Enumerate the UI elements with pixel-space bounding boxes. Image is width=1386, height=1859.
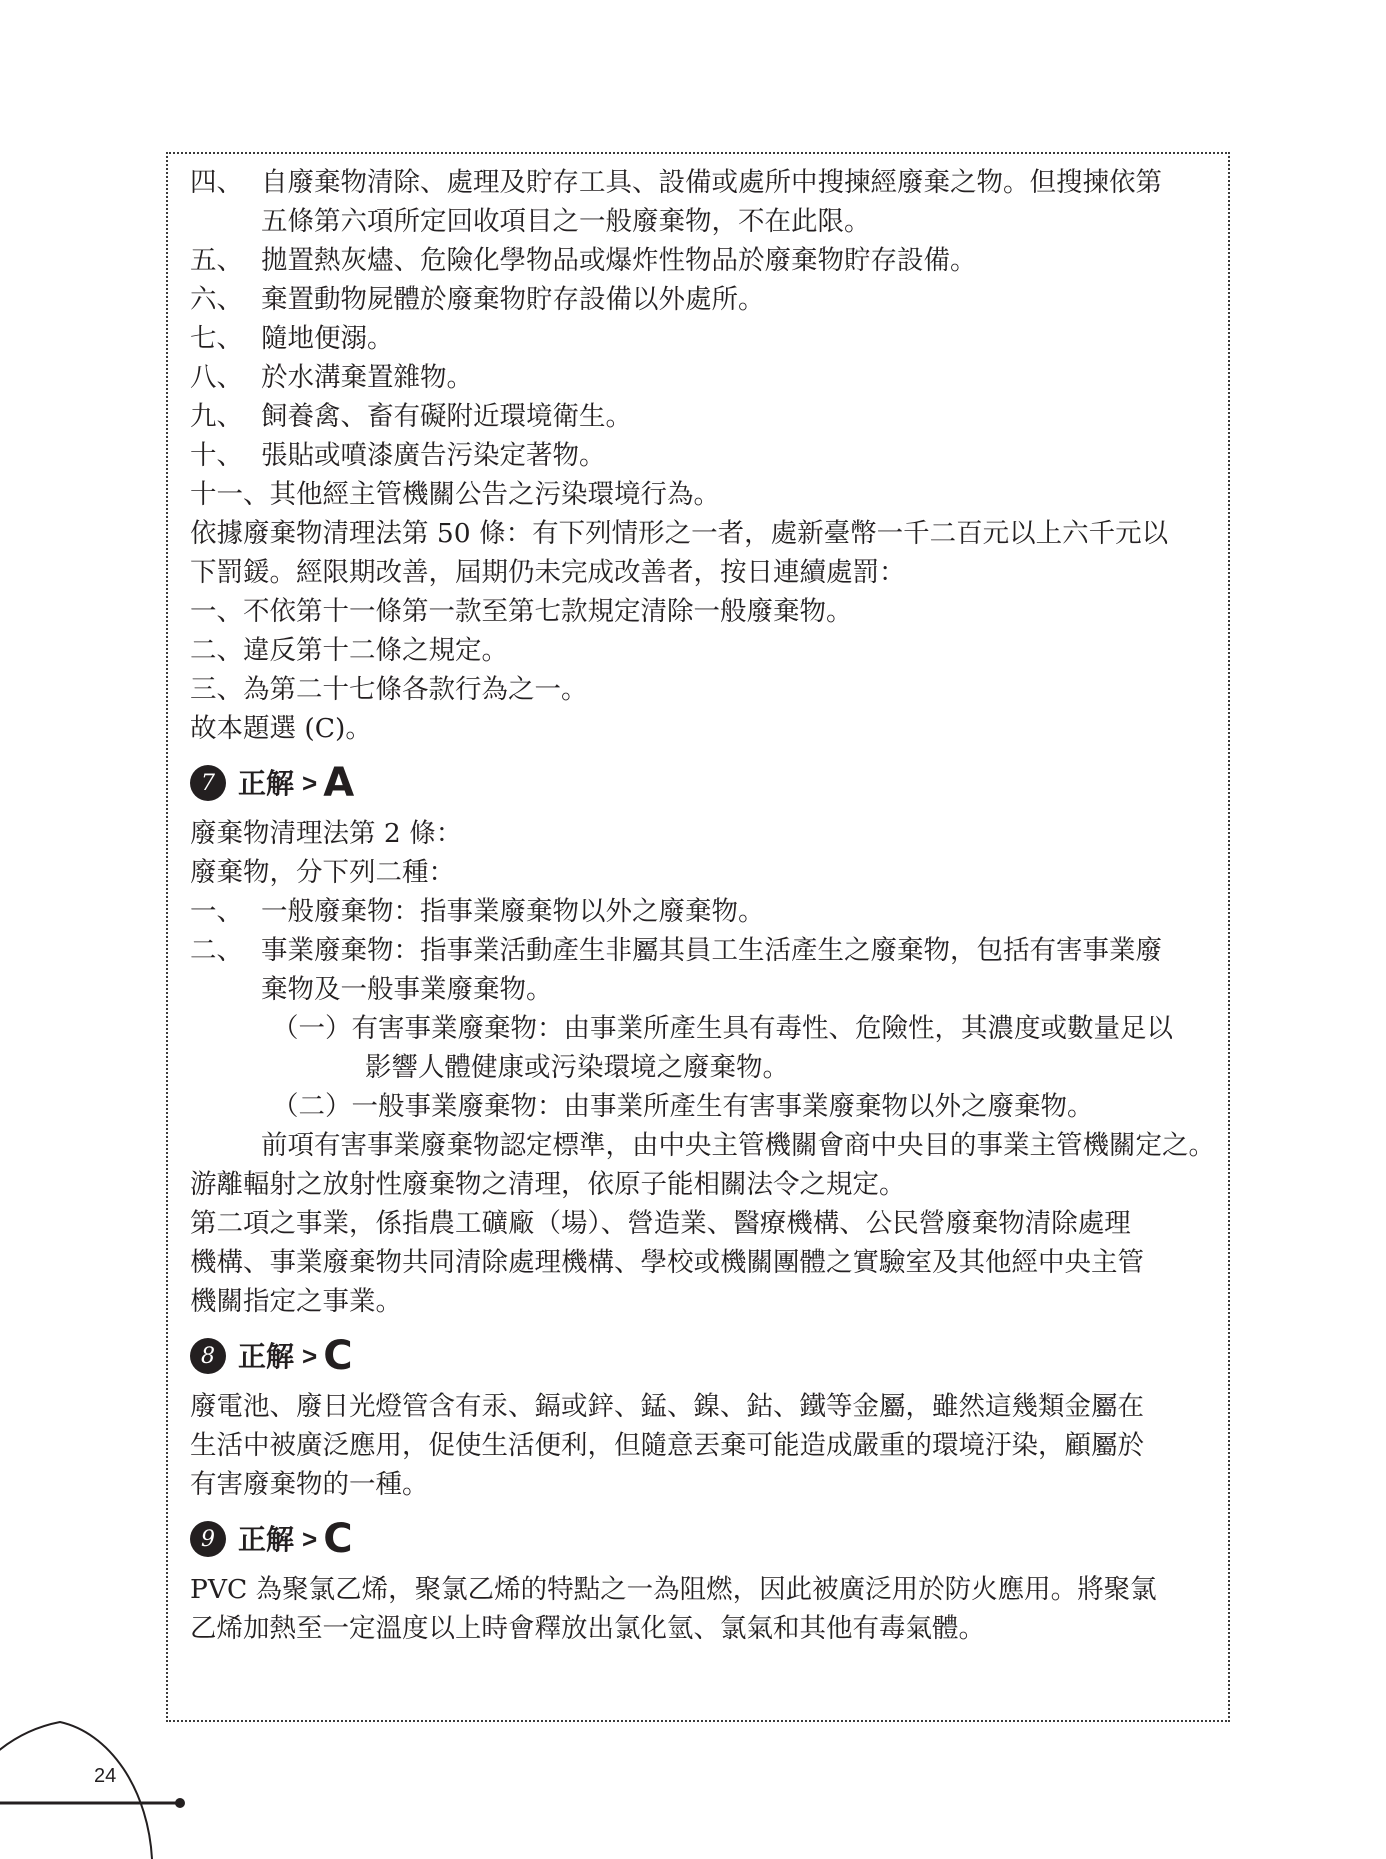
chevron-right-icon: > [302, 1337, 317, 1376]
list-item-5: 五、拋置熱灰燼、危險化學物品或爆炸性物品於廢棄物貯存設備。 [190, 241, 1220, 280]
list-item-4: 四、自廢棄物清除、處理及貯存工具、設備或處所中搜揀經廢棄之物。但搜揀依第 [190, 163, 1220, 202]
q9-line: PVC 為聚氯乙烯，聚氯乙烯的特點之一為阻燃，因此被廣泛用於防火應用。將聚氯 [190, 1570, 1220, 1609]
answer-letter: C [323, 1520, 352, 1559]
list-item-10: 十、張貼或噴漆廣告污染定著物。 [190, 436, 1220, 475]
answer-label: 正解 [238, 764, 294, 803]
q7-item-2-cont: 棄物及一般事業廢棄物。 [190, 970, 1220, 1009]
answer-heading-q7: 7 正解 > A [190, 754, 1220, 812]
answer-label: 正解 [238, 1337, 294, 1376]
q7-paragraph: 第二項之事業，係指農工礦廠（場）、營造業、醫療機構、公民營廢棄物清除處理 [190, 1204, 1220, 1243]
q7-item-1: 一、一般廢棄物：指事業廢棄物以外之廢棄物。 [190, 892, 1220, 931]
answer-label: 正解 [238, 1520, 294, 1559]
q7-sub-item-1: （一）有害事業廢棄物：由事業所產生具有毒性、危險性，其濃度或數量足以 [190, 1009, 1220, 1048]
list-item-11: 十一、其他經主管機關公告之污染環境行為。 [190, 475, 1220, 514]
list-item-9: 九、飼養禽、畜有礙附近環境衛生。 [190, 397, 1220, 436]
q7-sub-item-1-cont: 影響人體健康或污染環境之廢棄物。 [190, 1048, 1220, 1087]
q8-line: 有害廢棄物的一種。 [190, 1465, 1220, 1504]
q7-paragraph: 前項有害事業廢棄物認定標準，由中央主管機關會商中央目的事業主管機關定之。 [190, 1126, 1220, 1165]
question-number-badge: 7 [190, 765, 226, 801]
list-item-8: 八、於水溝棄置雜物。 [190, 358, 1220, 397]
answer-letter: C [323, 1337, 352, 1376]
chevron-right-icon: > [302, 764, 317, 803]
list-item-4-cont: 五條第六項所定回收項目之一般廢棄物，不在此限。 [190, 202, 1220, 241]
conclusion-text: 故本題選 (C)。 [190, 709, 1220, 748]
question-number-badge: 8 [190, 1338, 226, 1374]
question-number-badge: 9 [190, 1521, 226, 1557]
answer-heading-q9: 9 正解 > C [190, 1510, 1220, 1568]
article-50-item-2: 二、違反第十二條之規定。 [190, 631, 1220, 670]
answer-letter: A [323, 764, 354, 803]
q7-line: 廢棄物，分下列二種： [190, 853, 1220, 892]
article-50-item-1: 一、不依第十一條第一款至第七款規定清除一般廢棄物。 [190, 592, 1220, 631]
list-item-7: 七、隨地便溺。 [190, 319, 1220, 358]
q7-item-2: 二、事業廢棄物：指事業活動產生非屬其員工生活產生之廢棄物，包括有害事業廢 [190, 931, 1220, 970]
page-content: 四、自廢棄物清除、處理及貯存工具、設備或處所中搜揀經廢棄之物。但搜揀依第 五條第… [190, 163, 1220, 1648]
q7-sub-item-2: （二）一般事業廢棄物：由事業所產生有害事業廢棄物以外之廢棄物。 [190, 1087, 1220, 1126]
q8-line: 生活中被廣泛應用，促使生活便利，但隨意丟棄可能造成嚴重的環境汙染，顧屬於 [190, 1426, 1220, 1465]
q7-paragraph: 機關指定之事業。 [190, 1282, 1220, 1321]
article-50-line-2: 下罰鍰。經限期改善，屆期仍未完成改善者，按日連續處罰： [190, 553, 1220, 592]
q7-line: 廢棄物清理法第 2 條： [190, 814, 1220, 853]
q7-paragraph: 游離輻射之放射性廢棄物之清理，依原子能相關法令之規定。 [190, 1165, 1220, 1204]
page-corner-decoration [0, 1700, 240, 1859]
page-number: 24 [94, 1765, 116, 1788]
list-item-6: 六、棄置動物屍體於廢棄物貯存設備以外處所。 [190, 280, 1220, 319]
article-50-item-3: 三、為第二十七條各款行為之一。 [190, 670, 1220, 709]
q8-line: 廢電池、廢日光燈管含有汞、鎘或鋅、錳、鎳、鈷、鐵等金屬，雖然這幾類金屬在 [190, 1387, 1220, 1426]
q7-paragraph: 機構、事業廢棄物共同清除處理機構、學校或機關團體之實驗室及其他經中央主管 [190, 1243, 1220, 1282]
q9-line: 乙烯加熱至一定溫度以上時會釋放出氯化氫、氯氣和其他有毒氣體。 [190, 1609, 1220, 1648]
article-50-line-1: 依據廢棄物清理法第 50 條：有下列情形之一者，處新臺幣一千二百元以上六千元以 [190, 514, 1220, 553]
chevron-right-icon: > [302, 1520, 317, 1559]
answer-heading-q8: 8 正解 > C [190, 1327, 1220, 1385]
